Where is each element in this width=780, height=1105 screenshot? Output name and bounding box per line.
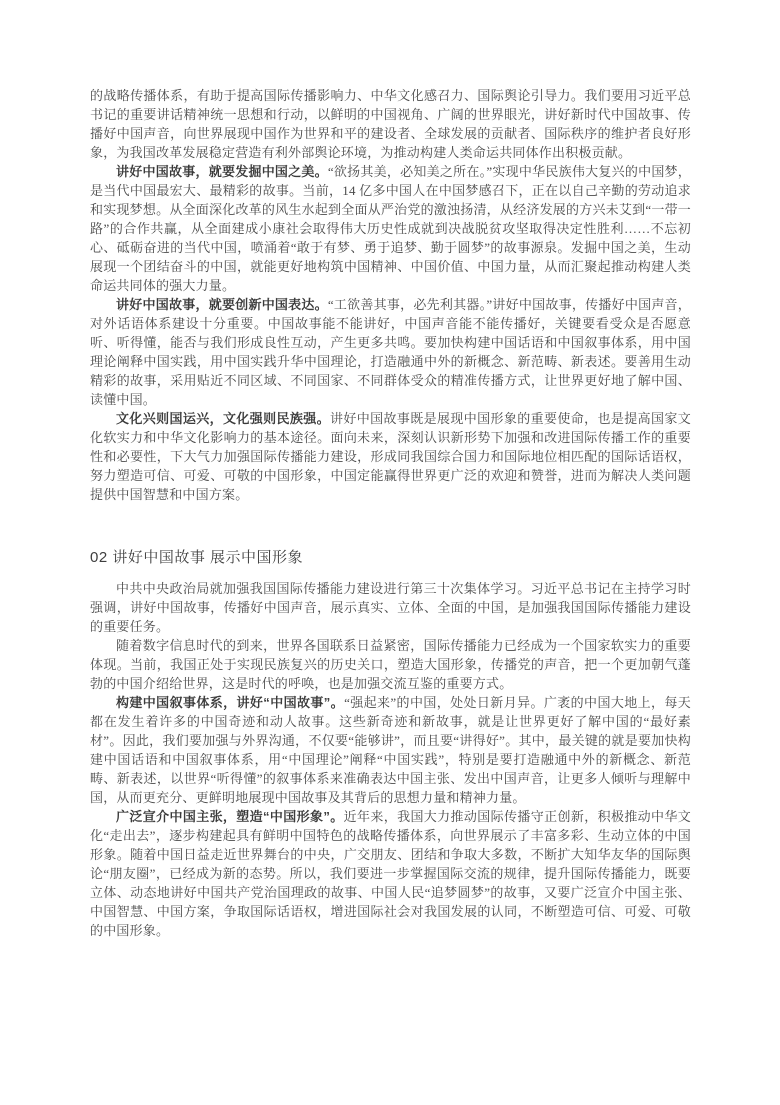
- paragraph-culture-strengthens-nation: 文化兴则国运兴，文化强则民族强。讲好中国故事既是展现中国形象的重要使命，也是提高…: [90, 409, 691, 504]
- paragraph-bold-lead: 广泛宣介中国主张，塑造“中国形象”。: [116, 809, 344, 824]
- paragraph-bold-lead: 构建中国叙事体系，讲好“中国故事”。: [116, 695, 344, 710]
- paragraph-continuation: 的战略传播体系，有助于提高国际传播影响力、中华文化感召力、国际舆论引导力。我们要…: [90, 86, 691, 162]
- paragraph-narrative-system: 构建中国叙事体系，讲好“中国故事”。“强起来”的中国，处处日新月异。广袤的中国大…: [90, 693, 691, 807]
- paragraph-bold-lead: 文化兴则国运兴，文化强则民族强。: [116, 411, 330, 426]
- paragraph-innovate-china-expression: 讲好中国故事，就要创新中国表达。“工欲善其事，必先利其器。”讲好中国故事，传播好…: [90, 295, 691, 409]
- paragraph-digital-era: 随着数字信息时代的到来，世界各国联系日益紧密，国际传播能力已经成为一个国家软实力…: [90, 636, 691, 693]
- paragraph-text: “欲扬其美，必知美之所在。”实现中华民族伟大复兴的中国梦，是当代中国最宏大、最精…: [90, 164, 691, 293]
- paragraph-discover-china-beauty: 讲好中国故事，就要发掘中国之美。“欲扬其美，必知美之所在。”实现中华民族伟大复兴…: [90, 162, 691, 295]
- paragraph-bold-lead: 讲好中国故事，就要发掘中国之美。: [116, 164, 328, 179]
- paragraph-politburo-study: 中共中央政治局就加强我国国际传播能力建设进行第三十次集体学习。习近平总书记在主持…: [90, 579, 691, 636]
- paragraph-text: 随着数字信息时代的到来，世界各国联系日益紧密，国际传播能力已经成为一个国家软实力…: [90, 638, 691, 691]
- paragraph-promote-china-image: 广泛宣介中国主张，塑造“中国形象”。近年来，我国大力推动国际传播守正创新，积极推…: [90, 807, 691, 940]
- document-page: 的战略传播体系，有助于提高国际传播影响力、中华文化感召力、国际舆论引导力。我们要…: [0, 0, 780, 1105]
- paragraph-text: 近年来，我国大力推动国际传播守正创新，积极推动中华文化“走出去”，逐步构建起具有…: [90, 809, 691, 938]
- paragraph-text: 的战略传播体系，有助于提高国际传播影响力、中华文化感召力、国际舆论引导力。我们要…: [90, 88, 691, 160]
- paragraph-text: 中共中央政治局就加强我国国际传播能力建设进行第三十次集体学习。习近平总书记在主持…: [90, 581, 691, 634]
- paragraph-text: “强起来”的中国，处处日新月异。广袤的中国大地上，每天都在发生着许多的中国奇迹和…: [90, 695, 691, 805]
- section-heading-02: 02 讲好中国故事 展示中国形象: [90, 546, 691, 567]
- paragraph-text: “工欲善其事，必先利其器。”讲好中国故事，传播好中国声音，对外话语体系建设十分重…: [90, 297, 691, 407]
- paragraph-bold-lead: 讲好中国故事，就要创新中国表达。: [116, 297, 328, 312]
